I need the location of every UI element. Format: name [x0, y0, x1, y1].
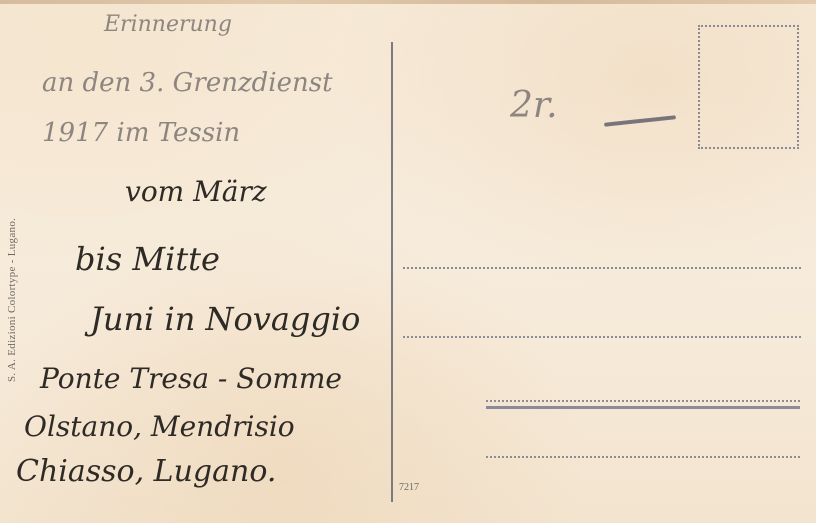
address-line-4	[486, 456, 800, 458]
pencil-dash	[604, 115, 676, 127]
center-divider	[391, 42, 393, 502]
stamp-box	[698, 25, 799, 149]
handwritten-line-6: Juni in Novaggio	[90, 300, 360, 338]
address-line-2	[403, 336, 801, 338]
price-note: 2r.	[510, 85, 558, 126]
handwritten-line-9: Chiasso, Lugano.	[16, 454, 276, 489]
card-number: 7217	[399, 482, 419, 493]
handwritten-line-7: Ponte Tresa - Somme	[40, 362, 342, 395]
address-line-1	[403, 267, 801, 269]
handwritten-line-4: vom März	[125, 175, 267, 208]
handwritten-line-8: Olstano, Mendrisio	[24, 410, 295, 443]
address-underline	[486, 406, 800, 409]
handwritten-line-3: 1917 im Tessin	[42, 118, 240, 148]
address-line-3	[486, 400, 800, 402]
handwritten-line-1: Erinnerung	[104, 12, 232, 37]
handwritten-line-2: an den 3. Grenzdienst	[42, 68, 333, 98]
postcard-back: S. A. Edizioni Colortype - Lugano. Erinn…	[0, 0, 816, 523]
handwritten-line-5: bis Mitte	[75, 240, 220, 278]
publisher-imprint: S. A. Edizioni Colortype - Lugano.	[6, 218, 18, 382]
